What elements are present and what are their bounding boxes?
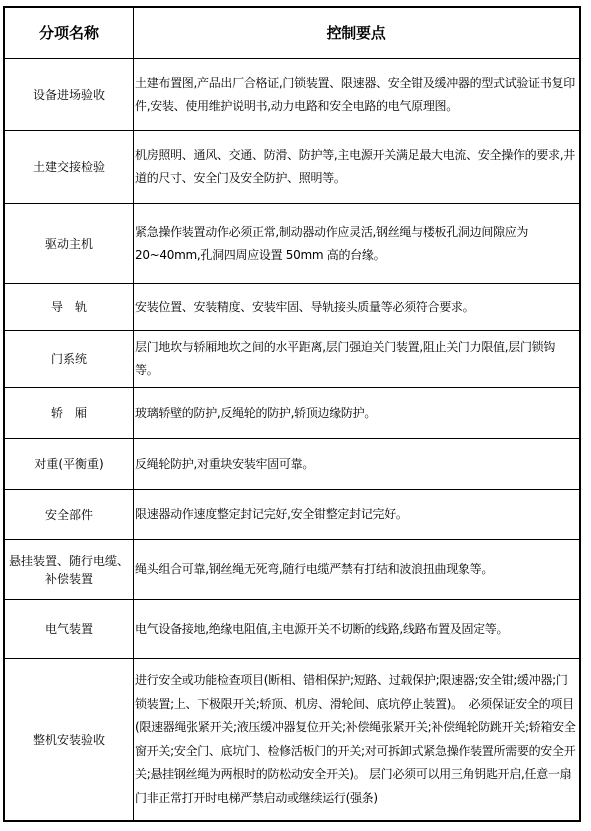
table-row: 悬挂装置、随行电缆、补偿装置 绳头组合可靠,钢丝绳无死弯,随行电缆严禁有打结和波… — [5, 539, 579, 599]
header-item-name: 分项名称 — [5, 8, 134, 58]
table-row: 安全部件 限速器动作速度整定封记完好,安全钳整定封记完好。 — [5, 489, 579, 539]
row-name: 悬挂装置、随行电缆、补偿装置 — [5, 540, 134, 599]
inspection-table: 分项名称 控制要点 设备进场验收 土建布置图,产品出厂合格证,门锁装置、限速器、… — [3, 6, 581, 822]
row-name: 土建交接检验 — [5, 131, 134, 203]
row-points: 紧急操作装置动作必须正常,制动器动作应灵活,钢丝绳与楼板孔洞边间隙应为20~40… — [135, 204, 579, 283]
row-points: 反绳轮防护,对重块安装牢固可靠。 — [135, 439, 579, 489]
table-row: 电气装置 电气设备接地,绝缘电阻值,主电源开关不切断的线路,线路布置及固定等。 — [5, 599, 579, 658]
row-name: 轿 厢 — [5, 388, 134, 438]
row-name: 整机安装验收 — [5, 659, 134, 820]
table-row: 门系统 层门地坎与轿厢地坎之间的水平距离,层门强迫关门装置,阻止关门力限值,层门… — [5, 330, 579, 387]
row-points: 安装位置、安装精度、安装牢固、导轨接头质量等必须符合要求。 — [135, 284, 579, 330]
table-row: 土建交接检验 机房照明、通风、交通、防滑、防护等,主电源开关满足最大电流、安全操… — [5, 130, 579, 203]
row-name: 安全部件 — [5, 490, 134, 539]
table-row: 整机安装验收 进行安全或功能检查项目(断相、错相保护;短路、过载保护;限速器;安… — [5, 658, 579, 820]
row-points: 土建布置图,产品出厂合格证,门锁装置、限速器、安全钳及缓冲器的型式试验证书复印件… — [135, 59, 579, 130]
row-name: 门系统 — [5, 331, 134, 387]
table-row: 驱动主机 紧急操作装置动作必须正常,制动器动作应灵活,钢丝绳与楼板孔洞边间隙应为… — [5, 203, 579, 283]
row-points: 层门地坎与轿厢地坎之间的水平距离,层门强迫关门装置,阻止关门力限值,层门锁钩等。 — [135, 331, 579, 387]
row-points: 玻璃轿壁的防护,反绳轮的防护,轿顶边缘防护。 — [135, 388, 579, 438]
row-name: 设备进场验收 — [5, 59, 134, 130]
table-row: 设备进场验收 土建布置图,产品出厂合格证,门锁装置、限速器、安全钳及缓冲器的型式… — [5, 58, 579, 130]
row-points: 电气设备接地,绝缘电阻值,主电源开关不切断的线路,线路布置及固定等。 — [135, 600, 579, 658]
table-header-row: 分项名称 控制要点 — [5, 8, 579, 58]
row-name: 导 轨 — [5, 284, 134, 330]
row-points: 机房照明、通风、交通、防滑、防护等,主电源开关满足最大电流、安全操作的要求,井道… — [135, 131, 579, 203]
row-points: 限速器动作速度整定封记完好,安全钳整定封记完好。 — [135, 490, 579, 539]
row-points: 绳头组合可靠,钢丝绳无死弯,随行电缆严禁有打结和波浪扭曲现象等。 — [135, 540, 579, 599]
header-control-points: 控制要点 — [135, 8, 579, 58]
row-name: 驱动主机 — [5, 204, 134, 283]
row-name: 电气装置 — [5, 600, 134, 658]
row-name: 对重(平衡重) — [5, 439, 134, 489]
table-row: 对重(平衡重) 反绳轮防护,对重块安装牢固可靠。 — [5, 438, 579, 489]
row-points: 进行安全或功能检查项目(断相、错相保护;短路、过载保护;限速器;安全钳;缓冲器;… — [135, 659, 579, 820]
table-row: 导 轨 安装位置、安装精度、安装牢固、导轨接头质量等必须符合要求。 — [5, 283, 579, 330]
table-row: 轿 厢 玻璃轿壁的防护,反绳轮的防护,轿顶边缘防护。 — [5, 387, 579, 438]
